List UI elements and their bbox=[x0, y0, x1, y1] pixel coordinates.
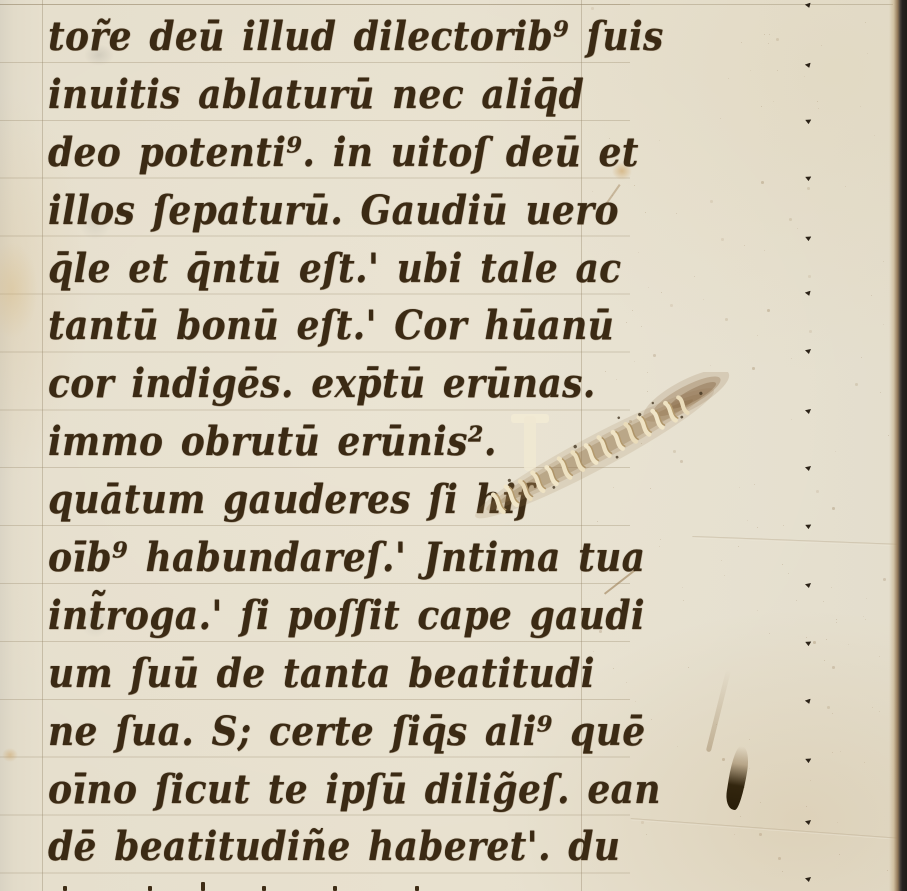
cropped-letter-tip bbox=[415, 886, 419, 891]
prick-mark bbox=[805, 236, 812, 242]
manuscript-line-1: tor̃e deū illud dilectorib⁹ ſuis bbox=[48, 8, 588, 66]
ink-blot bbox=[724, 745, 751, 811]
manuscript-line-6: tantū bonū eſt.' Cor hūanū bbox=[48, 297, 588, 355]
manuscript-page: tor̃e deū illud dilectorib⁹ ſuis inuitis… bbox=[0, 0, 907, 891]
prick-mark bbox=[805, 820, 811, 825]
prick-mark bbox=[805, 409, 811, 414]
cropped-letter-tip bbox=[262, 886, 266, 891]
foxing-speckles bbox=[0, 0, 1, 1]
cropped-letter-tip bbox=[333, 886, 337, 891]
prick-mark bbox=[805, 877, 811, 882]
ink-trail bbox=[706, 669, 731, 753]
manuscript-line-14: oīno ſicut te ipſū dilig̃eſ. ean bbox=[48, 761, 588, 819]
manuscript-line-3: deo potenti⁹. in uitoſ deū et bbox=[48, 124, 588, 182]
prick-mark bbox=[805, 466, 811, 471]
prick-mark bbox=[805, 176, 812, 182]
manuscript-line-13: ne ſua. S; certe ſiq̄s ali⁹ quē bbox=[48, 703, 588, 761]
prick-mark bbox=[805, 583, 811, 588]
manuscript-line-4: illos ſepaturū. Gaudiū uero bbox=[48, 182, 588, 240]
prick-mark bbox=[805, 119, 812, 125]
prick-mark bbox=[805, 699, 812, 705]
prick-mark bbox=[805, 291, 812, 297]
prick-mark bbox=[805, 349, 811, 354]
manuscript-line-15: dē beatitudiñe haberet'. du bbox=[48, 818, 588, 876]
prick-mark bbox=[805, 641, 812, 647]
manuscript-line-12: um ſuū de tanta beatitudi bbox=[48, 645, 588, 703]
prick-mark bbox=[805, 758, 812, 764]
small-stain bbox=[2, 748, 18, 762]
prick-mark bbox=[805, 524, 812, 530]
cropped-letter-tip bbox=[201, 882, 205, 891]
manuscript-line-11: int̃roga.' ſi poſſit cape gaudi bbox=[48, 587, 588, 645]
left-ruling-line bbox=[42, 0, 43, 891]
manuscript-line-2: inuitis ablaturū nec aliq̄d bbox=[48, 66, 588, 124]
manuscript-line-5: q̄le et q̄ntū eſt.' ubi tale ac bbox=[48, 240, 588, 298]
crease-line bbox=[630, 818, 901, 840]
top-ruling-line bbox=[0, 4, 893, 5]
prick-mark bbox=[805, 63, 812, 69]
stitch-repair bbox=[455, 372, 770, 547]
cropped-letter-tip bbox=[148, 886, 152, 891]
cropped-letter-tip bbox=[63, 886, 67, 891]
page-edge bbox=[889, 0, 907, 891]
